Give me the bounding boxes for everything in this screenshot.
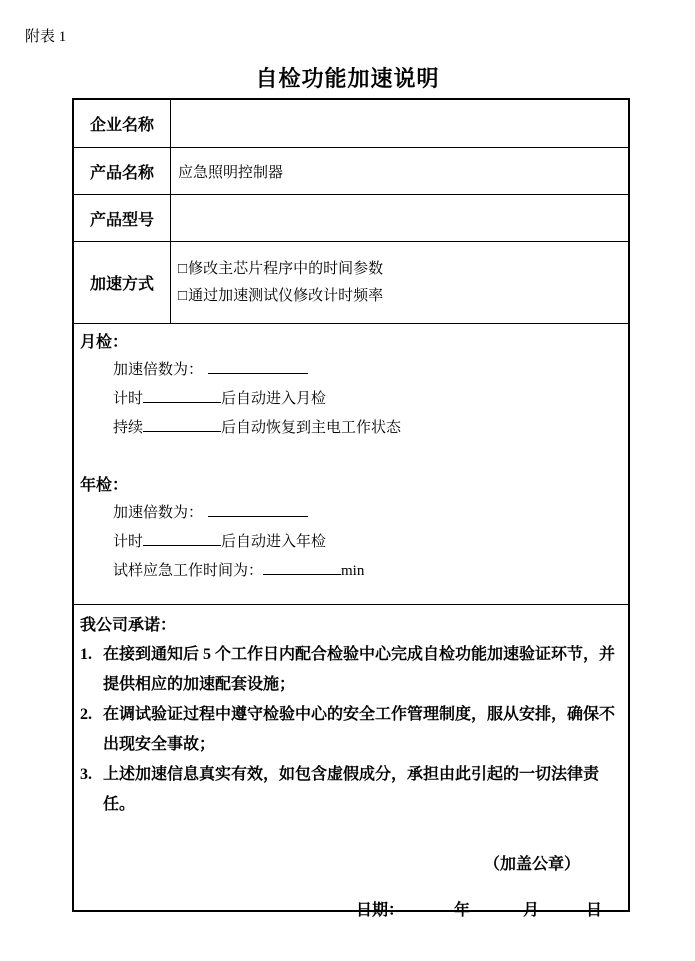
table-row: 产品型号 [74,195,628,242]
page-title: 自检功能加速说明 [0,62,695,93]
commitment-item-3-number: 3. [80,760,103,820]
check-section: 月检： 加速倍数为： 计时后自动进入月检 持续后自动恢复到主电工作状态 年检： … [74,324,628,605]
commitment-item-2: 2. 在调试验证过程中遵守检验中心的安全工作管理制度，服从安排，确保不出现安全事… [80,700,620,760]
monthly-entry-prefix: 计时 [113,391,143,407]
annual-entry-prefix: 计时 [113,534,143,550]
commitment-item-1: 1. 在接到通知后 5 个工作日内配合检验中心完成自检功能加速验证环节，并提供相… [80,640,620,700]
annual-entry-line: 计时后自动进入年检 [113,528,620,557]
annex-label: 附表 1 [25,25,66,46]
commitment-item-3-text: 上述加速信息真实有效，如包含虚假成分，承担由此引起的一切法律责任。 [103,760,620,820]
monthly-duration-prefix: 持续 [113,420,143,436]
acceleration-method-options: □修改主芯片程序中的时间参数 □通过加速测试仪修改计时频率 [171,242,628,323]
product-model-value[interactable] [171,195,628,241]
annual-emergency-unit: min [341,563,364,579]
annual-entry-suffix: 后自动进入年检 [221,534,326,550]
table-row: 加速方式 □修改主芯片程序中的时间参数 □通过加速测试仪修改计时频率 [74,242,628,324]
date-label: 日期： [356,900,404,922]
commitment-item-2-number: 2. [80,700,103,760]
commitment-item-3: 3. 上述加速信息真实有效，如包含虚假成分，承担由此引起的一切法律责任。 [80,760,620,820]
annual-emergency-prefix: 试样应急工作时间为： [113,563,263,579]
form-table: 企业名称 产品名称 应急照明控制器 产品型号 加速方式 □修改主芯片程序中的时间… [72,98,630,912]
monthly-multiplier-blank[interactable] [208,361,308,374]
monthly-multiplier-line: 加速倍数为： [113,356,620,385]
annual-emergency-line: 试样应急工作时间为：min [113,557,620,586]
monthly-multiplier-label: 加速倍数为： [113,362,203,378]
monthly-duration-blank[interactable] [143,419,221,432]
acceleration-option-2: □通过加速测试仪修改计时频率 [178,287,383,305]
date-year-label: 年 [454,900,470,922]
commitment-item-1-number: 1. [80,640,103,700]
annual-multiplier-blank[interactable] [208,504,308,517]
annual-multiplier-line: 加速倍数为： [113,499,620,528]
annual-multiplier-label: 加速倍数为： [113,505,203,521]
document-page: 附表 1 自检功能加速说明 企业名称 产品名称 应急照明控制器 产品型号 加速方… [0,0,695,961]
acceleration-option-1: □修改主芯片程序中的时间参数 [178,260,383,278]
annual-entry-time-blank[interactable] [143,533,221,546]
monthly-entry-suffix: 后自动进入月检 [221,391,326,407]
acceleration-method-label: 加速方式 [74,242,171,323]
date-day-label: 日 [586,900,602,922]
monthly-entry-line: 计时后自动进入月检 [113,385,620,414]
date-line: 日期： 年 月 日 [80,900,620,922]
commitment-item-1-text: 在接到通知后 5 个工作日内配合检验中心完成自检功能加速验证环节，并提供相应的加… [103,640,620,700]
monthly-duration-line: 持续后自动恢复到主电工作状态 [113,414,620,443]
seal-note: （加盖公章） [80,854,620,876]
annual-check-heading: 年检： [80,473,620,499]
company-name-label: 企业名称 [74,100,171,147]
annual-emergency-time-blank[interactable] [263,562,341,575]
monthly-duration-suffix: 后自动恢复到主电工作状态 [221,420,401,436]
monthly-entry-time-blank[interactable] [143,390,221,403]
product-name-value[interactable]: 应急照明控制器 [171,148,628,194]
table-row: 产品名称 应急照明控制器 [74,148,628,195]
checkbox-unchecked-icon[interactable]: □ [178,288,187,304]
date-month-label: 月 [523,900,539,922]
product-model-label: 产品型号 [74,195,171,241]
checkbox-unchecked-icon[interactable]: □ [178,261,187,277]
acceleration-option-2-label: 通过加速测试仪修改计时频率 [188,288,383,304]
commitment-heading: 我公司承诺： [80,612,620,640]
commitment-item-2-text: 在调试验证过程中遵守检验中心的安全工作管理制度，服从安排，确保不出现安全事故； [103,700,620,760]
company-name-value[interactable] [171,100,628,147]
table-row: 企业名称 [74,100,628,148]
commitment-section: 我公司承诺： 1. 在接到通知后 5 个工作日内配合检验中心完成自检功能加速验证… [74,605,628,922]
acceleration-option-1-label: 修改主芯片程序中的时间参数 [188,261,383,277]
product-name-label: 产品名称 [74,148,171,194]
monthly-check-heading: 月检： [80,330,620,356]
